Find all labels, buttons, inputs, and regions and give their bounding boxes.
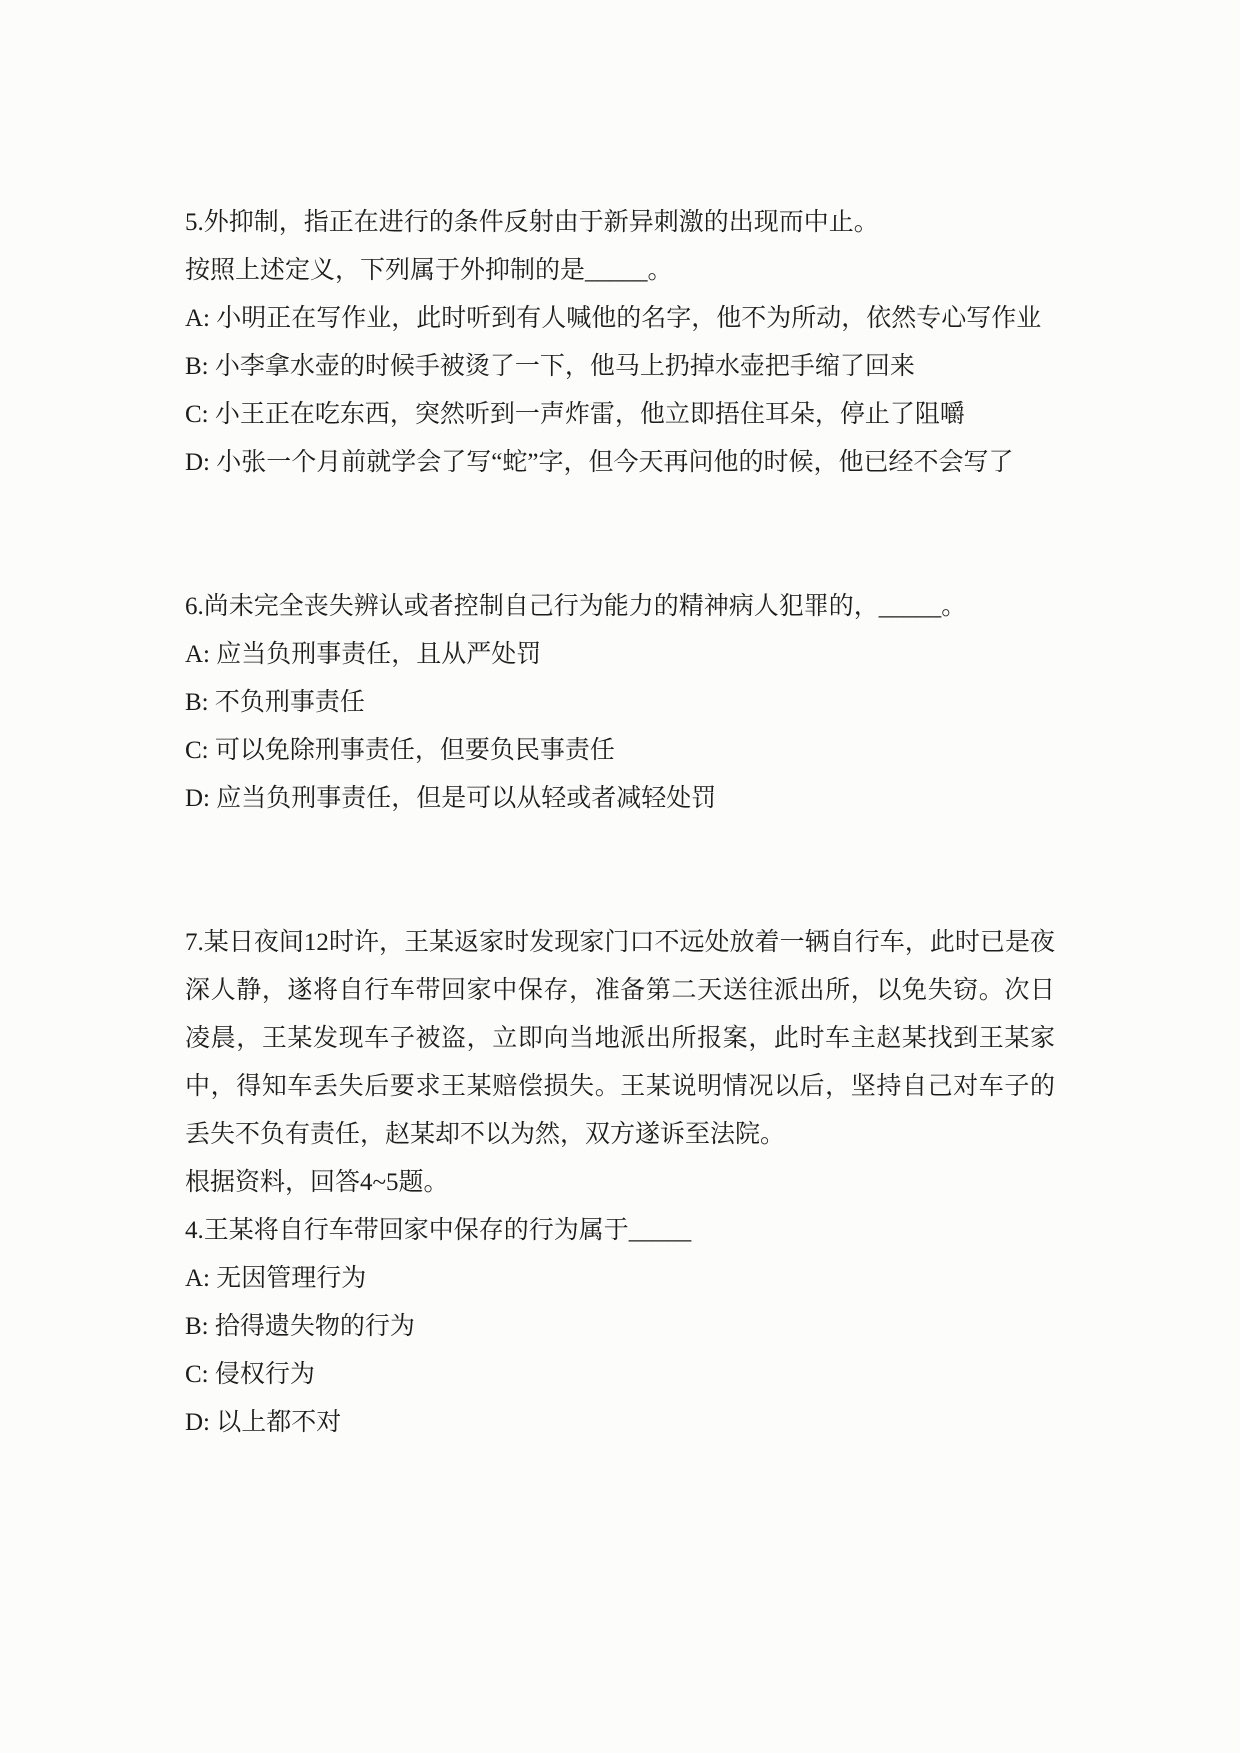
question-6: 6.尚未完全丧失辨认或者控制自己行为能力的精神病人犯罪的，_____。 A: 应… [185,583,1055,823]
question-7-sub4-stem: 4.王某将自行车带回家中保存的行为属于_____ [185,1207,1055,1255]
question-5-option-b: B: 小李拿水壶的时候手被烫了一下，他马上扔掉水壶把手缩了回来 [185,343,1055,391]
question-5-option-d: D: 小张一个月前就学会了写“蛇”字，但今天再问他的时候，他已经不会写了 [185,439,1055,487]
question-5-stem: 5.外抑制，指正在进行的条件反射由于新异刺激的出现而中止。 [185,199,1055,247]
question-6-stem: 6.尚未完全丧失辨认或者控制自己行为能力的精神病人犯罪的，_____。 [185,583,1055,631]
question-5-option-c: C: 小王正在吃东西，突然听到一声炸雷，他立即捂住耳朵，停止了阻嚼 [185,391,1055,439]
question-6-option-b: B: 不负刑事责任 [185,679,1055,727]
question-7: 7.某日夜间12时许，王某返家时发现家门口不远处放着一辆自行车，此时已是夜深人静… [185,919,1055,1447]
question-7-note: 根据资料，回答4~5题。 [185,1159,1055,1207]
question-7-passage: 7.某日夜间12时许，王某返家时发现家门口不远处放着一辆自行车，此时已是夜深人静… [185,919,1055,1159]
exam-document-page: 5.外抑制，指正在进行的条件反射由于新异刺激的出现而中止。 按照上述定义，下列属… [0,0,1240,1753]
question-6-option-d: D: 应当负刑事责任，但是可以从轻或者减轻处罚 [185,775,1055,823]
question-7-sub4-option-a: A: 无因管理行为 [185,1255,1055,1303]
question-5-instruction: 按照上述定义，下列属于外抑制的是_____。 [185,247,1055,295]
question-6-option-a: A: 应当负刑事责任，且从严处罚 [185,631,1055,679]
question-5-option-a: A: 小明正在写作业，此时听到有人喊他的名字，他不为所动，依然专心写作业 [185,295,1055,343]
question-6-option-c: C: 可以免除刑事责任，但要负民事责任 [185,727,1055,775]
question-7-sub4-option-b: B: 拾得遗失物的行为 [185,1303,1055,1351]
question-7-sub4-option-d: D: 以上都不对 [185,1399,1055,1447]
question-5: 5.外抑制，指正在进行的条件反射由于新异刺激的出现而中止。 按照上述定义，下列属… [185,199,1055,487]
question-7-sub4-option-c: C: 侵权行为 [185,1351,1055,1399]
